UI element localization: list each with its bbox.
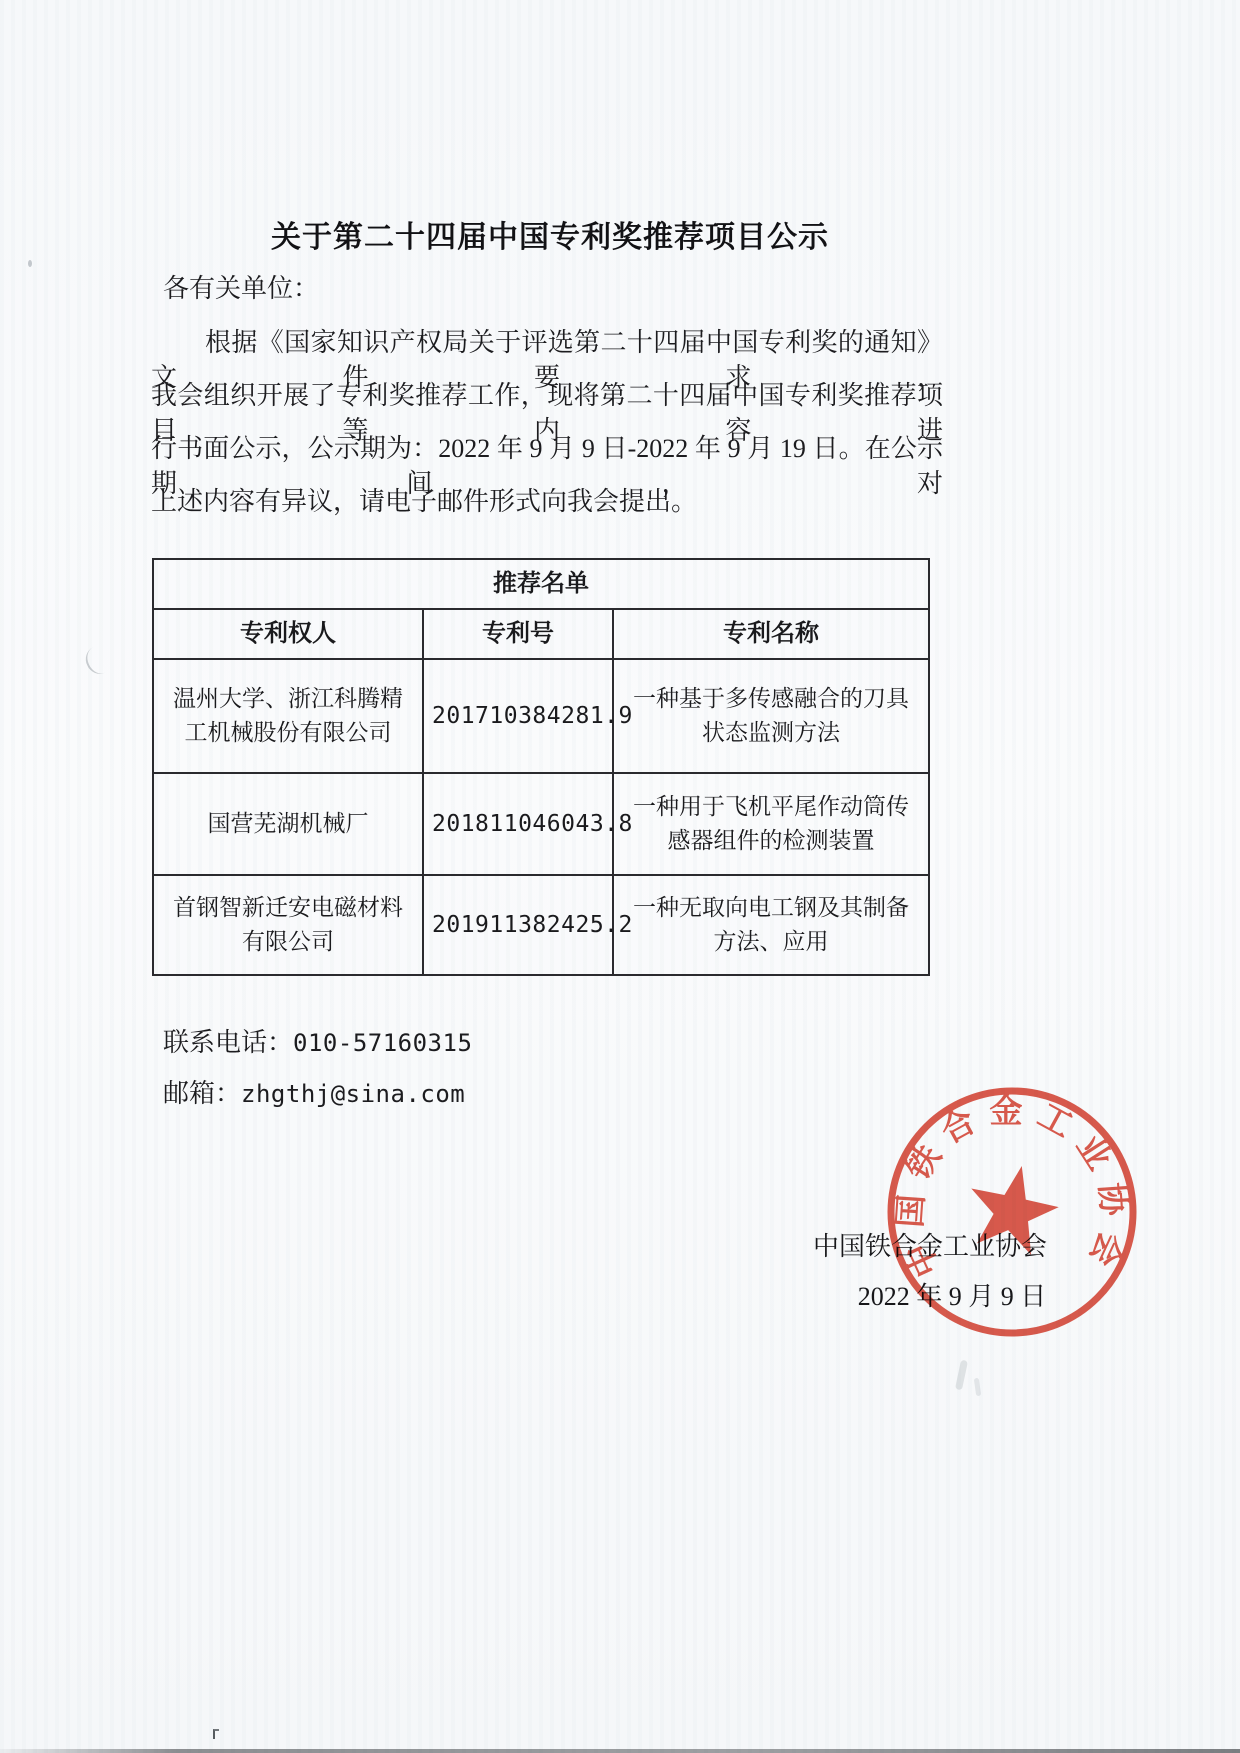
cell-patent-name: 一种用于飞机平尾作动筒传感器组件的检测装置 [613,773,929,875]
table-row: 温州大学、浙江科腾精工机械股份有限公司 201710384281.9 一种基于多… [153,659,929,773]
scan-artifact [28,260,32,267]
cell-patentee: 国营芜湖机械厂 [153,773,423,875]
scan-bottom-edge [0,1749,1240,1753]
contact-email-line: 邮箱：zhgthj@sina.com [163,1073,465,1110]
salutation: 各有关单位： [163,272,319,306]
email-label: 邮箱： [163,1079,241,1108]
table-row: 首钢智新迁安电磁材料有限公司 201911382425.2 一种无取向电工钢及其… [153,875,929,975]
cell-patentee: 首钢智新迁安电磁材料有限公司 [153,875,423,975]
phone-label: 联系电话： [163,1028,293,1057]
col-header-patent-name: 专利名称 [613,609,929,659]
phone-number: 010-57160315 [293,1029,472,1057]
cell-patent-name: 一种基于多传感融合的刀具状态监测方法 [613,659,929,773]
table-caption: 推荐名单 [153,559,929,609]
col-header-patent-number: 专利号 [423,609,613,659]
cell-patent-name: 一种无取向电工钢及其制备方法、应用 [613,875,929,975]
scan-artifact [213,1729,219,1739]
cell-patentee: 温州大学、浙江科腾精工机械股份有限公司 [153,659,423,773]
cell-patent-number: 201811046043.8 [423,773,613,875]
contact-phone-line: 联系电话：010-57160315 [163,1022,472,1059]
signature-date: 2022 年 9 月 9 日 [752,1276,1152,1313]
paragraph-line: 上述内容有异议，请电子邮件形式向我会提出。 [151,484,943,519]
col-header-patentee: 专利权人 [153,609,423,659]
cell-patent-number: 201911382425.2 [423,875,613,975]
scan-artifact [974,1378,981,1397]
signature-organization: 中国铁合金工业协会 [730,1226,1130,1263]
table-row: 国营芜湖机械厂 201811046043.8 一种用于飞机平尾作动筒传感器组件的… [153,773,929,875]
email-address: zhgthj@sina.com [241,1080,465,1108]
document-page: 关于第二十四届中国专利奖推荐项目公示 各有关单位： 根据《国家知识产权局关于评选… [0,0,1240,1753]
page-title: 关于第二十四届中国专利奖推荐项目公示 [150,212,950,256]
scan-artifact [955,1360,968,1391]
scan-artifact [81,642,116,678]
recommendation-table: 推荐名单 专利权人 专利号 专利名称 温州大学、浙江科腾精工机械股份有限公司 2… [152,558,930,976]
cell-patent-number: 201710384281.9 [423,659,613,773]
